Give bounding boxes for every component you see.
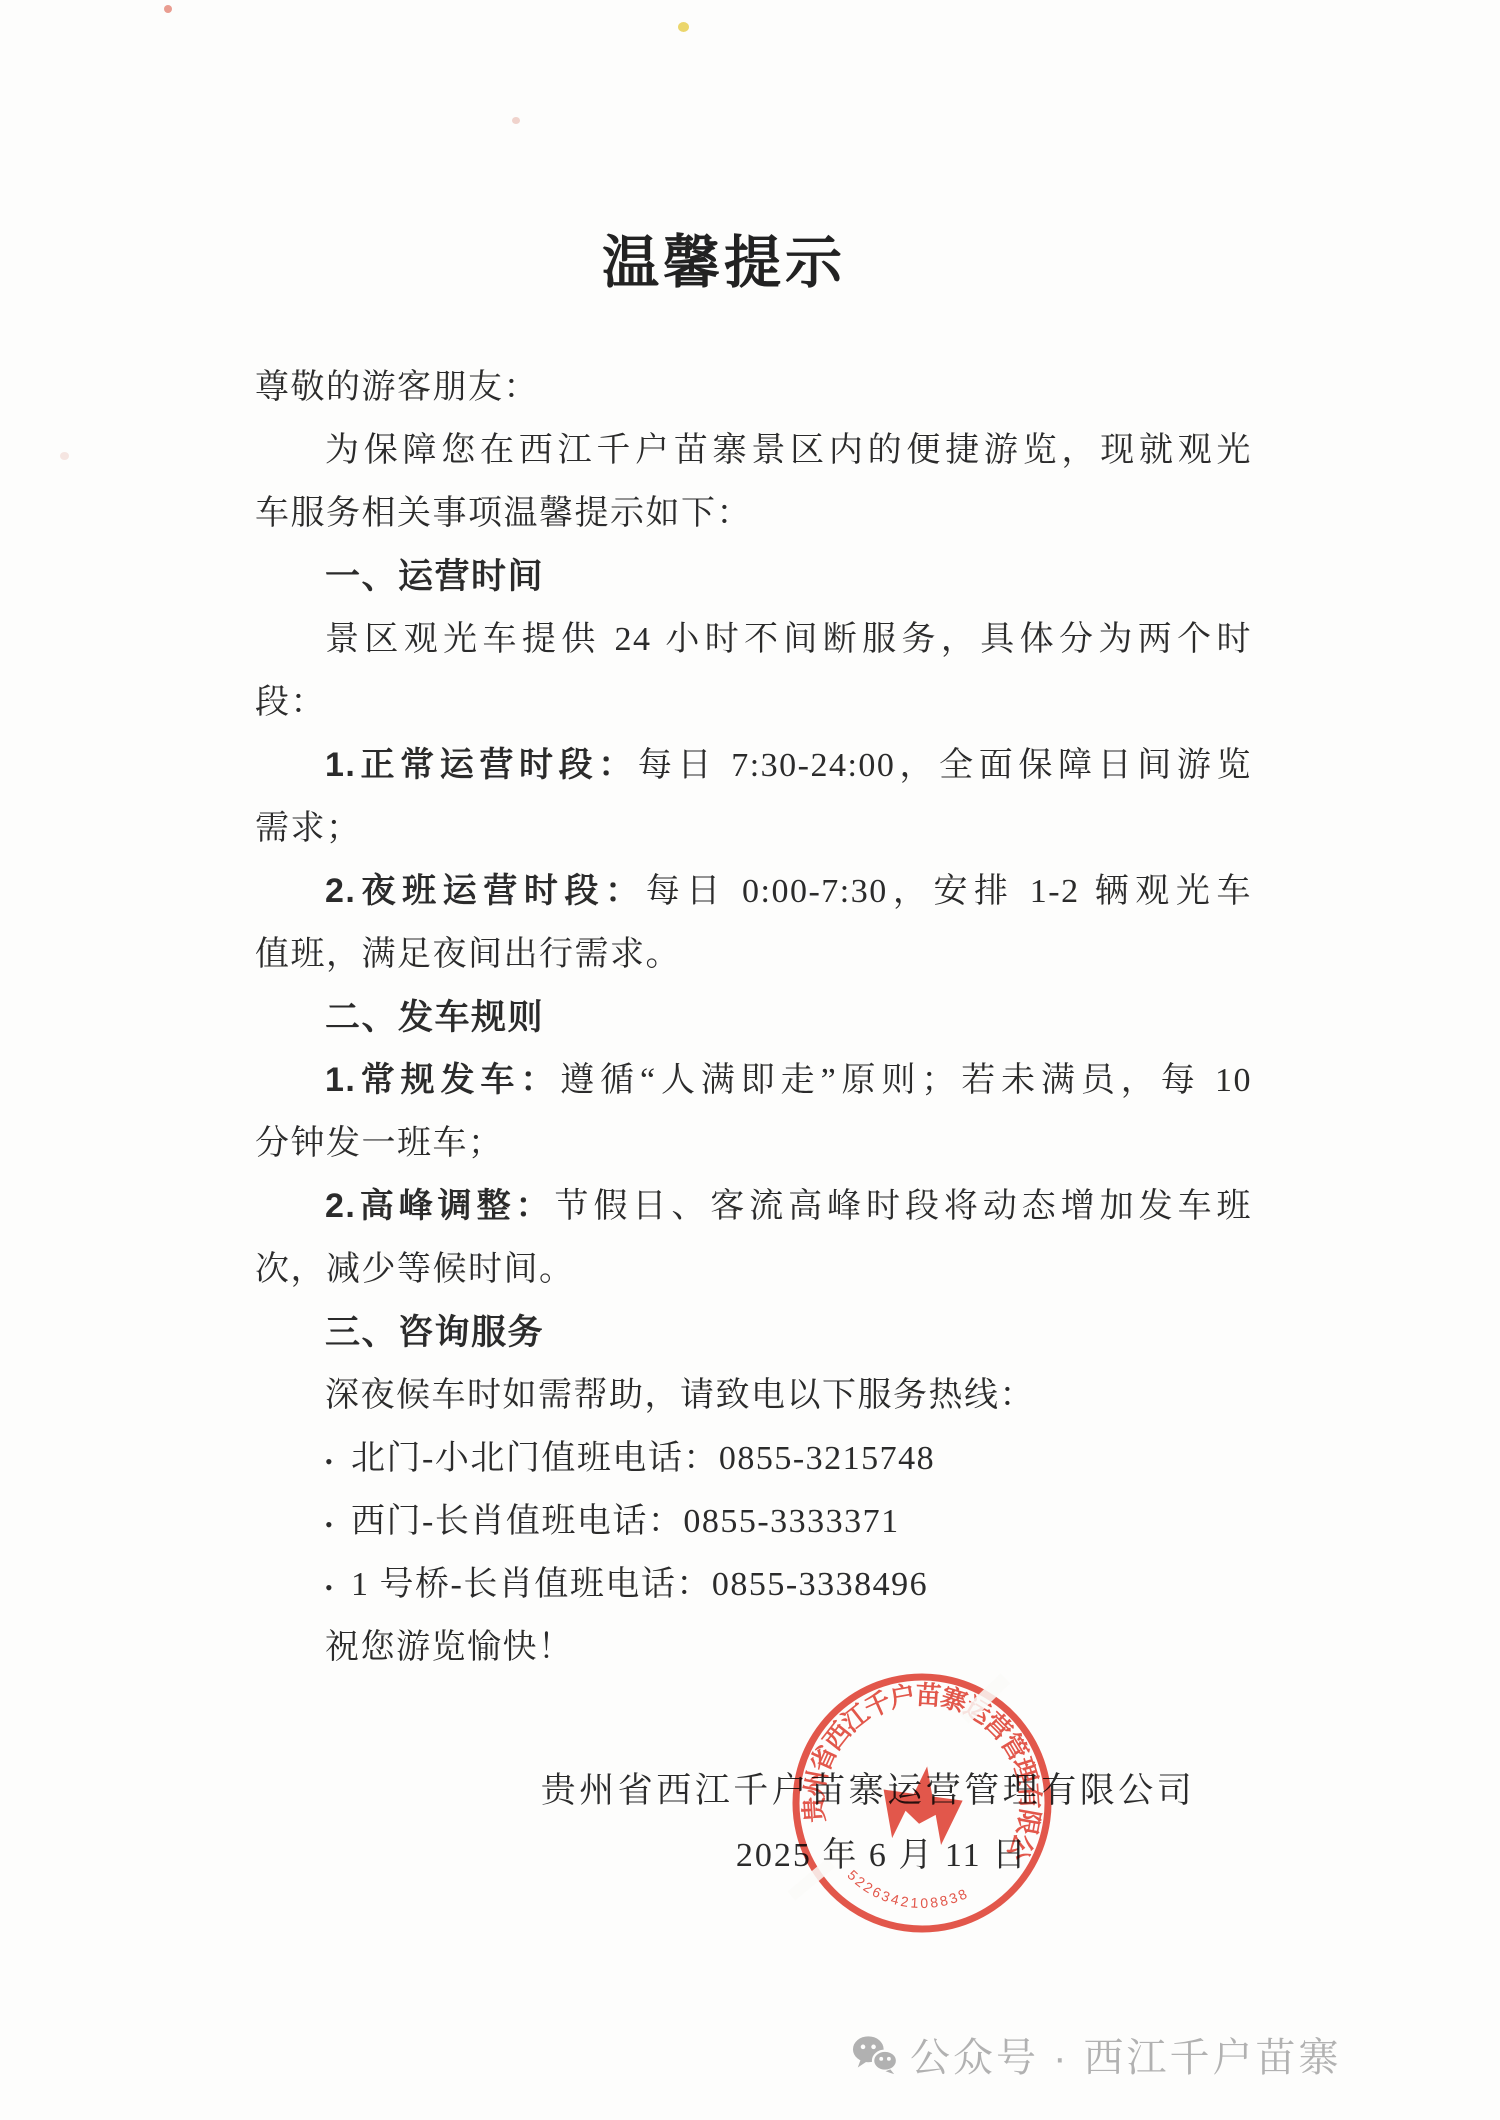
scan-artifact-dot: [512, 117, 520, 124]
section-heading: 一、运营时间: [255, 545, 1252, 608]
text-run: 2.高峰调整：: [325, 1187, 555, 1225]
text-run: 深夜候车时如需帮助，请致电以下服务热线：: [325, 1377, 1035, 1414]
text-run: 二、发车规则: [325, 998, 544, 1037]
seal-ring-text: 贵州省西江千户苗寨运营管理有限公司: [781, 1662, 1063, 1866]
text-run: 尊敬的游客朋友：: [255, 369, 539, 406]
document-body: 尊敬的游客朋友：为保障您在西江千户苗寨景区内的便捷游览，现就观光车服务相关事项温…: [255, 356, 1252, 1679]
text-run: 一、运营时间: [325, 557, 544, 596]
scan-artifact-dot: [164, 5, 172, 13]
hotline-item: •西门-长肖值班电话：0855-3333371: [255, 1490, 1252, 1553]
doc-line: 祝您游览愉快！: [255, 1616, 1252, 1679]
text-run: 车服务相关事项温馨提示如下：: [255, 495, 752, 532]
text-run: 每日 0:00-7:30，安排 1-2 辆观光车: [646, 873, 1252, 910]
doc-line: 景区观光车提供 24 小时不间断服务，具体分为两个时: [255, 608, 1252, 671]
page-title: 温馨提示: [0, 217, 1448, 299]
text-run: 节假日、客流高峰时段将动态增加发车班: [555, 1188, 1253, 1225]
text-run: 1.正常运营时段：: [325, 746, 638, 784]
text-run: 值班，满足夜间出行需求。: [255, 936, 681, 973]
bullet-icon: •: [325, 1430, 351, 1493]
text-run: 祝您游览愉快！: [325, 1629, 574, 1666]
text-run: 遵循“人满即走”原则；若未满员，每 10: [560, 1062, 1252, 1099]
doc-line: 值班，满足夜间出行需求。: [255, 923, 1252, 986]
doc-line: 次，减少等候时间。: [255, 1238, 1252, 1301]
text-run: 每日 7:30-24:00，全面保障日间游览: [638, 747, 1252, 784]
bullet-icon: •: [325, 1493, 351, 1556]
wechat-footer: 公众号 · 西江千户苗寨: [852, 2026, 1342, 2083]
text-run: 段：: [255, 684, 326, 721]
seal-star-icon: [877, 1761, 967, 1847]
text-run: 分钟发一班车；: [255, 1125, 504, 1162]
text-run: 景区观光车提供 24 小时不间断服务，具体分为两个时: [325, 621, 1252, 658]
doc-line: 2.高峰调整：节假日、客流高峰时段将动态增加发车班: [255, 1175, 1252, 1238]
doc-line: 为保障您在西江千户苗寨景区内的便捷游览，现就观光: [255, 419, 1252, 482]
text-run: 三、咨询服务: [325, 1313, 544, 1352]
text-run: 需求；: [255, 810, 362, 847]
doc-line: 车服务相关事项温馨提示如下：: [255, 482, 1252, 545]
doc-line: 需求；: [255, 797, 1252, 860]
text-run: 北门-小北门值班电话：0855-3215748: [351, 1440, 935, 1477]
text-run: 次，减少等候时间。: [255, 1251, 575, 1288]
doc-line: 尊敬的游客朋友：: [255, 356, 1252, 419]
text-run: 1 号桥-长肖值班电话：0855-3338496: [351, 1566, 928, 1603]
text-run: 西门-长肖值班电话：0855-3333371: [351, 1503, 900, 1540]
svg-text:贵州省西江千户苗寨运营管理有限公司: 贵州省西江千户苗寨运营管理有限公司: [781, 1662, 1063, 1866]
doc-line: 段：: [255, 671, 1252, 734]
text-run: 1.常规发车：: [325, 1061, 560, 1099]
doc-line: 1.正常运营时段：每日 7:30-24:00，全面保障日间游览: [255, 734, 1252, 797]
section-heading: 二、发车规则: [255, 986, 1252, 1049]
hotline-item: •1 号桥-长肖值班电话：0855-3338496: [255, 1553, 1252, 1616]
wechat-icon: [852, 2034, 898, 2076]
document-page: 温馨提示 尊敬的游客朋友：为保障您在西江千户苗寨景区内的便捷游览，现就观光车服务…: [0, 0, 1500, 2120]
hotline-item: •北门-小北门值班电话：0855-3215748: [255, 1427, 1252, 1490]
doc-line: 深夜候车时如需帮助，请致电以下服务热线：: [255, 1364, 1252, 1427]
text-run: 为保障您在西江千户苗寨景区内的便捷游览，现就观光: [325, 432, 1252, 469]
scan-artifact-dot: [60, 452, 69, 460]
official-seal: 贵州省西江千户苗寨运营管理有限公司 5226342108838: [781, 1662, 1063, 1944]
text-run: 2.夜班运营时段：: [325, 872, 646, 910]
scan-artifact-dot: [678, 22, 689, 32]
section-heading: 三、咨询服务: [255, 1301, 1252, 1364]
official-account-label: 公众号 · 西江千户苗寨: [910, 2026, 1342, 2083]
doc-line: 1.常规发车：遵循“人满即走”原则；若未满员，每 10: [255, 1049, 1252, 1112]
doc-line: 分钟发一班车；: [255, 1112, 1252, 1175]
bullet-icon: •: [325, 1556, 351, 1619]
doc-line: 2.夜班运营时段：每日 0:00-7:30，安排 1-2 辆观光车: [255, 860, 1252, 923]
